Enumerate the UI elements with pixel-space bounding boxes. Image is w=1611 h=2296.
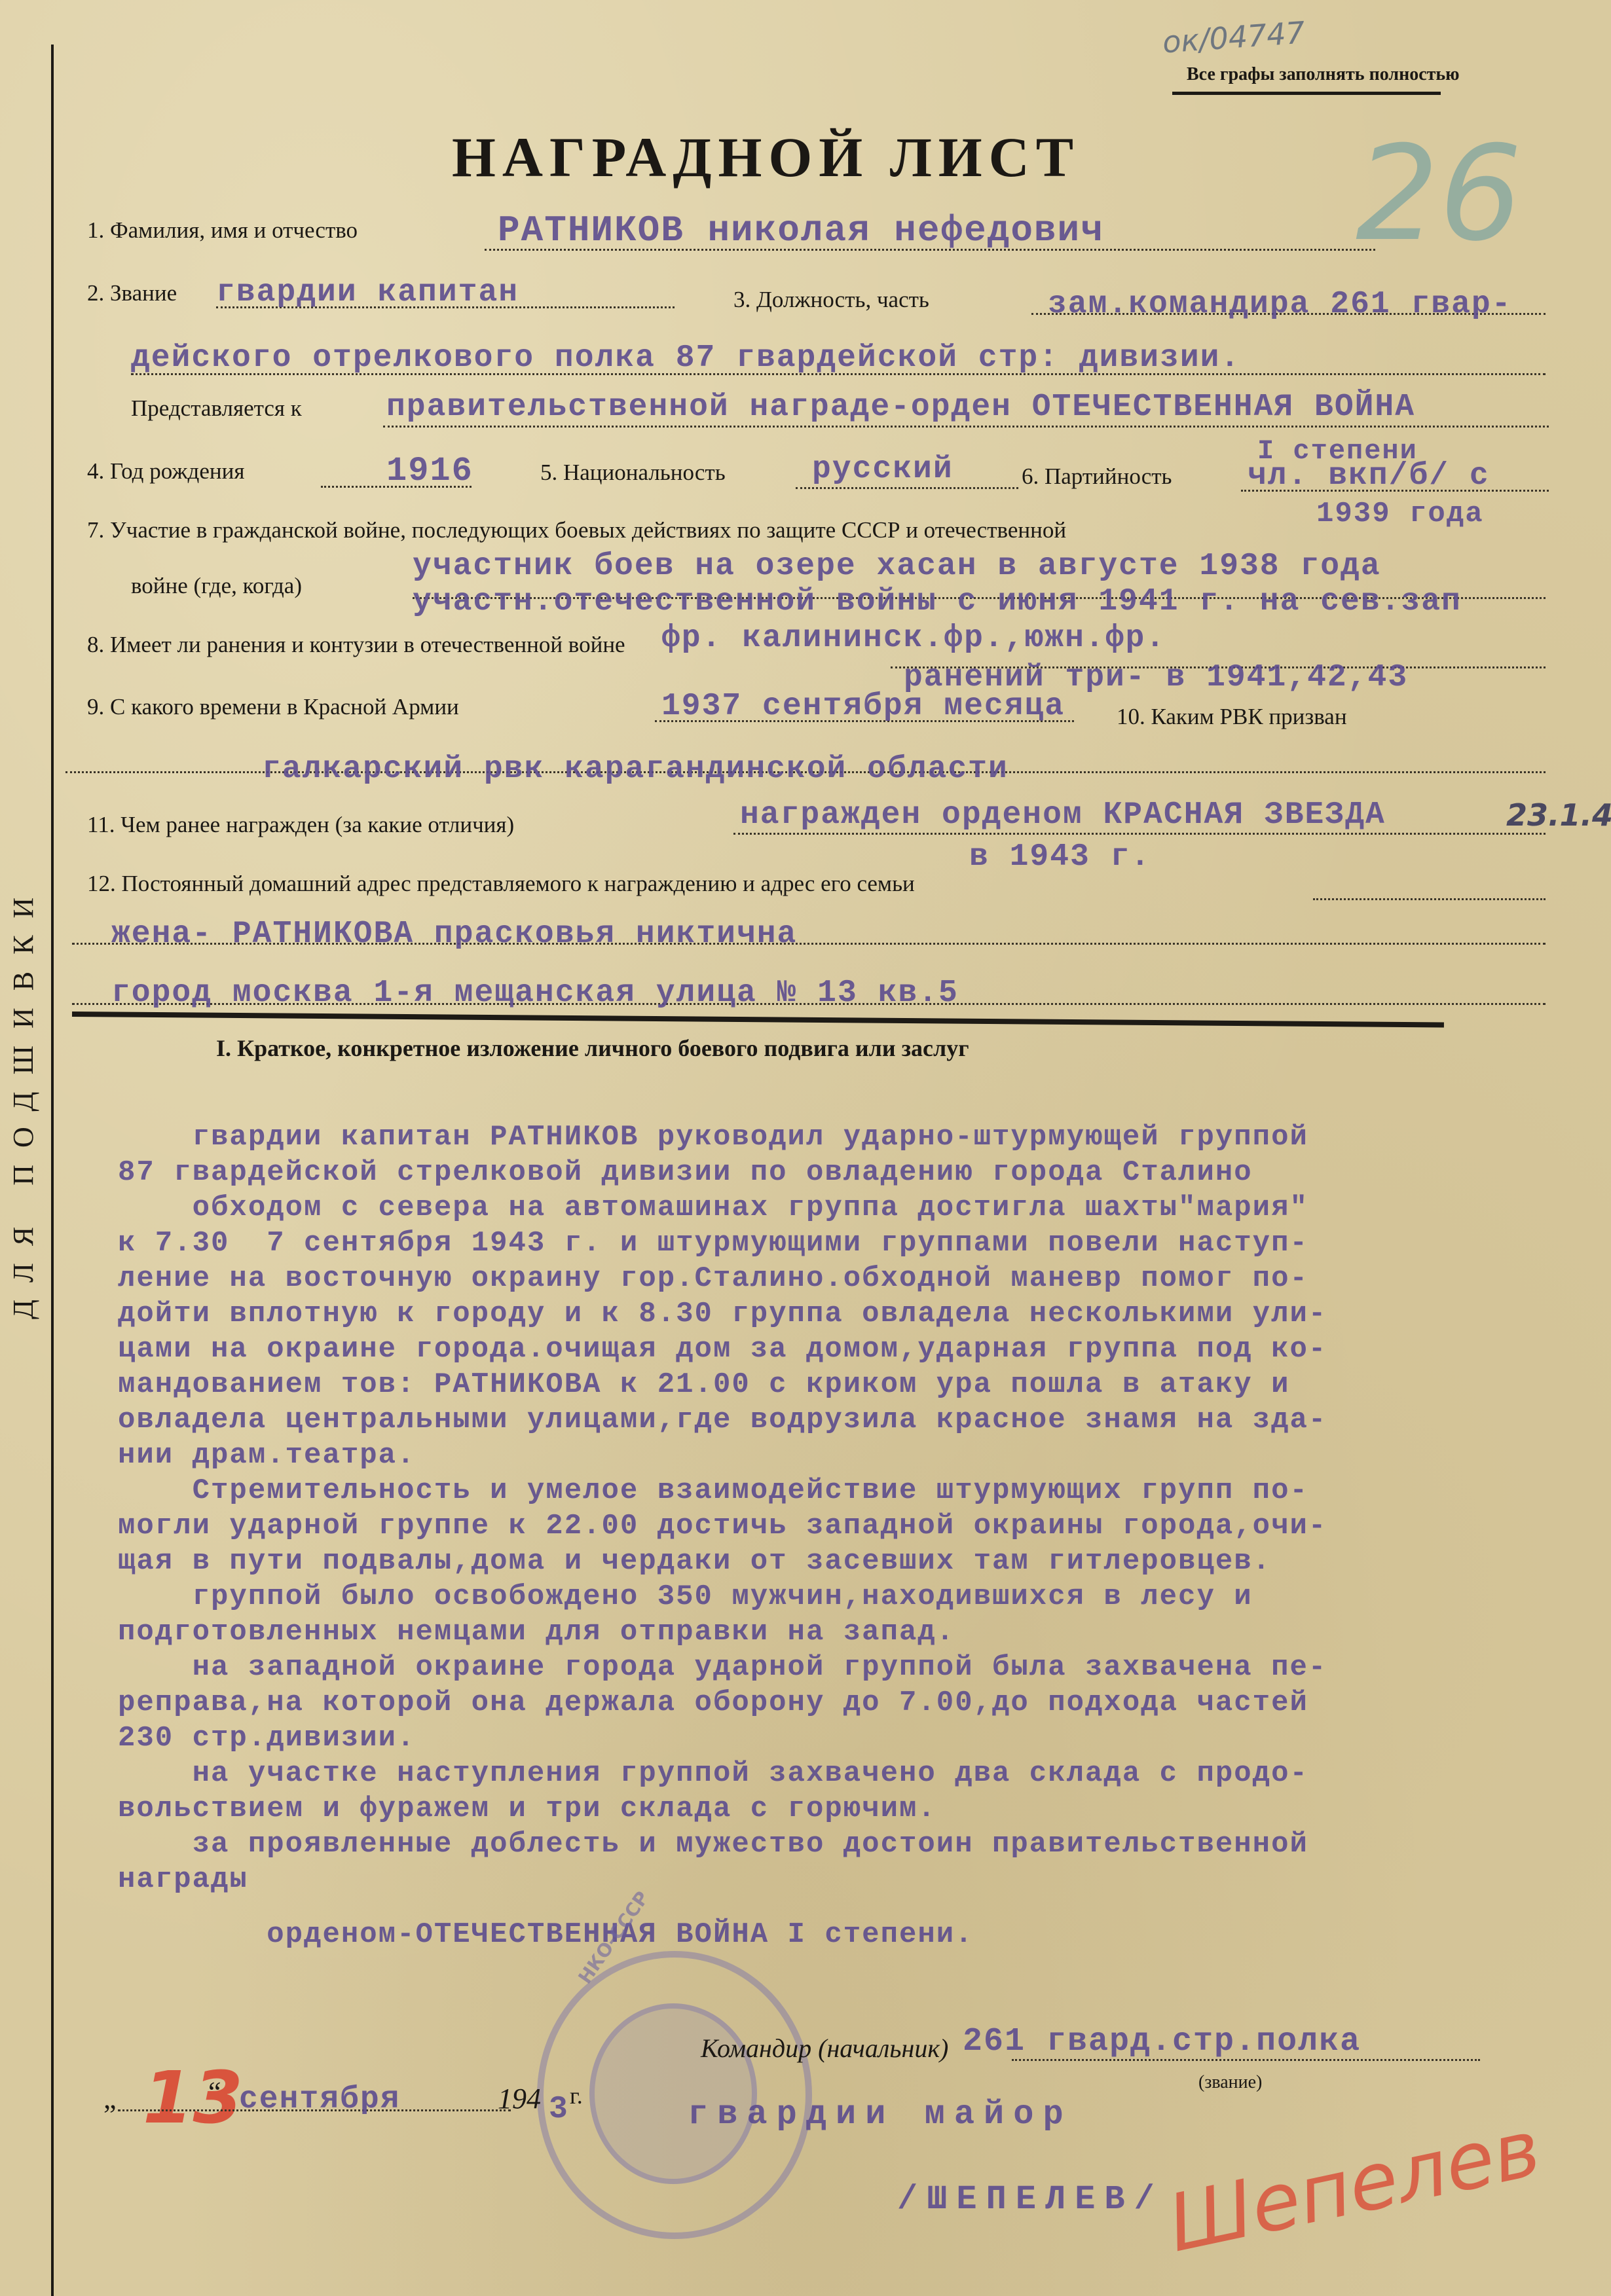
field-1-value: РАТНИКОВ николая нефедович bbox=[498, 210, 1104, 251]
narrative-line: ление на восточную окраину гор.Сталино.о… bbox=[118, 1261, 1591, 1296]
date-day: 13 bbox=[143, 2056, 243, 2140]
field-2-value: гвардии капитан bbox=[216, 275, 519, 310]
narrative-line: цами на окраине города.очищая дом за дом… bbox=[118, 1332, 1591, 1367]
narrative-line: могли ударной группе к 22.00 достичь зап… bbox=[118, 1508, 1591, 1544]
document-title: НАГРАДНОЙ ЛИСТ bbox=[452, 124, 1080, 190]
field-10-value: галкарский рвк карагандинской области bbox=[262, 752, 1009, 787]
narrative-line: на западной окраине города ударной групп… bbox=[118, 1650, 1591, 1685]
field-11-value: награжден орденом КРАСНАЯ ЗВЕЗДА bbox=[740, 797, 1386, 833]
archive-number: ок/04747 bbox=[1161, 14, 1306, 60]
header-rule bbox=[1172, 92, 1441, 95]
narrative-line: щая в пути подвалы,дома и чердаки от зас… bbox=[118, 1544, 1591, 1579]
field-6-year: 1939 года bbox=[1316, 498, 1484, 530]
field-7-value-line3: фр. калининск.фр.,южн.фр. bbox=[661, 621, 1166, 656]
field-10-label: 10. Каким РВК призван bbox=[1117, 704, 1347, 730]
date-open-quote: „ bbox=[103, 2082, 117, 2115]
field-8-label: 8. Имеет ли ранения и контузии в отечест… bbox=[87, 632, 625, 658]
commander-name: /ШЕПЕЛЕВ/ bbox=[897, 2180, 1164, 2219]
field-1-label: 1. Фамилия, имя и отчество bbox=[87, 217, 358, 244]
narrative-line: 87 гвардейской стрелковой дивизии по овл… bbox=[118, 1155, 1591, 1190]
nomination-value: правительственной награде-орден ОТЕЧЕСТВ… bbox=[386, 390, 1415, 425]
narrative-line: овладела центральными улицами,где водруз… bbox=[118, 1402, 1591, 1438]
commander-unit: 261 гвард.стр.полка bbox=[963, 2023, 1361, 2060]
field-5-label: 5. Национальность bbox=[540, 460, 726, 486]
binding-line bbox=[51, 45, 54, 2296]
field-6-label: 6. Партийность bbox=[1022, 464, 1172, 490]
narrative-line: нии драм.театра. bbox=[118, 1438, 1591, 1473]
narrative: гвардии капитан РАТНИКОВ руководил ударн… bbox=[118, 1120, 1591, 1952]
field-5-value: русский bbox=[812, 452, 954, 487]
narrative-line: 230 стр.дивизии. bbox=[118, 1721, 1591, 1756]
narrative-line: на участке наступления группой захвачено… bbox=[118, 1756, 1591, 1791]
field-2-label: 2. Звание bbox=[87, 280, 177, 306]
field-3-value-line2: дейского отрелкового полка 87 гвардейско… bbox=[131, 340, 1240, 376]
binding-margin-label: ДЛЯ ПОДШИВКИ bbox=[7, 773, 46, 1427]
narrative-line: подготовленных немцами для отправки на з… bbox=[118, 1614, 1591, 1650]
field-7-value-line1: участник боев на озере хасан в августе 1… bbox=[413, 549, 1381, 584]
narrative-line: награды bbox=[118, 1862, 1591, 1897]
narrative-line: орденом-ОТЕЧЕСТВЕННАЯ ВОЙНА I степени. bbox=[118, 1917, 1591, 1952]
field-12-line bbox=[1313, 898, 1546, 900]
narrative-line: мандованием тов: РАТНИКОВА к 21.00 с кри… bbox=[118, 1367, 1591, 1402]
field-4-value: 1916 bbox=[386, 452, 473, 490]
nomination-line bbox=[383, 426, 1549, 428]
narrative-line: Стремительность и умелое взаимодействие … bbox=[118, 1473, 1591, 1508]
section-rule bbox=[72, 1011, 1444, 1027]
narrative-line: реправа,на которой она держала оборону д… bbox=[118, 1685, 1591, 1721]
narrative-line: обходом с севера на автомашинах группа д… bbox=[118, 1190, 1591, 1226]
field-12-label: 12. Постоянный домашний адрес представля… bbox=[87, 871, 915, 897]
narrative-line: группой было освобождено 350 мужчин,нахо… bbox=[118, 1579, 1591, 1614]
date-g: г. bbox=[570, 2082, 583, 2109]
field-11-year: в 1943 г. bbox=[969, 839, 1151, 875]
narrative-line: дойти вплотную к городу и к 8.30 группа … bbox=[118, 1296, 1591, 1332]
narrative-line: вольствием и фуражем и три склада с горю… bbox=[118, 1791, 1591, 1827]
narrative-line: за проявленные доблесть и мужество досто… bbox=[118, 1827, 1591, 1862]
narrative-line: к 7.30 7 сентября 1943 г. и штурмующими … bbox=[118, 1226, 1591, 1261]
field-9-label: 9. С какого времени в Красной Армии bbox=[87, 694, 459, 720]
header-note: Все графы заполнять полностью bbox=[1187, 64, 1460, 85]
commander-rank: гвардии майор bbox=[688, 2095, 1073, 2134]
field-4-label: 4. Год рождения bbox=[87, 458, 244, 484]
date-month: сентября bbox=[239, 2082, 400, 2117]
narrative-line: гвардии капитан РАТНИКОВ руководил ударн… bbox=[118, 1120, 1591, 1155]
field-7-label-line2: войне (где, когда) bbox=[131, 573, 302, 599]
field-7-value-line2: участн.отечественной войны с июня 1941 г… bbox=[413, 584, 1462, 619]
field-3-value-line1: зам.командира 261 гвар- bbox=[1048, 287, 1512, 322]
field-11-label: 11. Чем ранее награжден (за какие отличи… bbox=[87, 812, 514, 838]
blue-pencil-mark: 26 bbox=[1356, 118, 1523, 270]
date-year-prefix: 194 bbox=[498, 2082, 541, 2115]
nomination-label: Представляется к bbox=[131, 395, 302, 422]
field-6-value: чл. вкп/б/ с bbox=[1248, 458, 1490, 494]
field-3-label: 3. Должность, часть bbox=[733, 287, 929, 313]
field-7-label-line1: 7. Участие в гражданской войне, последую… bbox=[87, 517, 1066, 543]
stamp-emblem bbox=[589, 2003, 757, 2184]
field-5-line bbox=[796, 487, 1018, 489]
field-12-value-line1: жена- РАТНИКОВА прасковья никтична bbox=[111, 917, 797, 952]
field-12-value-line2: город москва 1-я мещанская улица № 13 кв… bbox=[111, 975, 959, 1011]
field-11-line bbox=[733, 833, 1546, 835]
field-11-handwritten-date: 23.1.43. bbox=[1506, 797, 1611, 833]
section-title: I. Краткое, конкретное изложение личного… bbox=[216, 1034, 969, 1062]
date-year-suffix: 3 bbox=[549, 2092, 569, 2127]
commander-signature: Шепелев bbox=[1160, 2103, 1548, 2270]
date-close-quote: “ bbox=[208, 2075, 221, 2109]
commander-label: Командир (начальник) bbox=[701, 2033, 948, 2064]
field-9-value: 1937 сентября месяца bbox=[661, 689, 1065, 724]
rank-caption: (звание) bbox=[1198, 2072, 1262, 2093]
